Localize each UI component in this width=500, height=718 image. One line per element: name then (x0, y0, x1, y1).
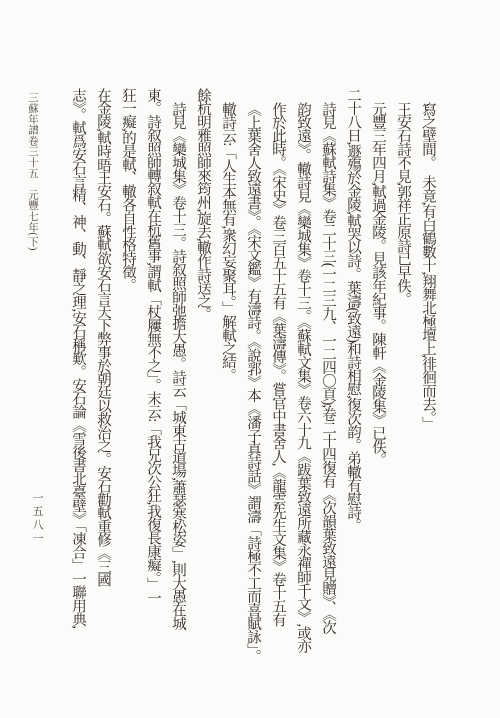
text-column: 狂一癡,的是軾、轍各自性格特徵。 (115, 88, 140, 698)
text-column: 志》。軾爲安石言精、神、動、靜之理,安石稱歎。安石論《雪後書北臺壁》「凍合」一聯… (65, 88, 90, 698)
running-title: 三蘇年譜卷三十五 元豐七年(下) (25, 92, 40, 251)
text-column: 作於此時。《宋史》卷三百五十五有《葉濤傳》。嘗官中書舍人,《龍雲先生文集》卷十五… (265, 88, 290, 698)
text-column: 二十八日,遯殤於金陵,軾哭以詩。葉濤(致遠)和詩相慰,復次韵。弟轍有慰詩。 (340, 88, 365, 698)
text-column: 在金陵,軾時晤王安石。蘇軾欲安石言天下弊事於朝廷以救治之。安石勸軾重修《三國 (90, 88, 115, 698)
text-block: 寫之壁間。 未竟,有白鶴數十,翔舞北極壇上,徘徊而去。」 王安石詩不見,郭祥正原… (58, 88, 440, 698)
text-column: 王安石詩不見,郭祥正原詩已早佚。 (390, 88, 415, 698)
page-number: 一五八一 (29, 492, 45, 546)
text-column: 餘杭明雅照師來筠州,旋去,轍作詩送之。 (190, 88, 215, 698)
text-column: 《上葉舍人致遠書》。《宋文鑑》有濤詩。《說郛》本《潘子真詩話》謂濤「詩極不工而喜… (240, 88, 265, 698)
text-column: 詩見《蘇軾詩集》卷二十三(一二三九、一二四〇頁);卷二十四復有《次韻葉致遠見贈》… (315, 88, 340, 698)
text-column: 寫之壁間。 未竟,有白鶴數十,翔舞北極壇上,徘徊而去。」 (415, 88, 440, 698)
text-column: 轍詩云:「人生本無有,衆幻妄聚耳。」解軾之結。 (215, 88, 240, 698)
text-column: 元豐三年四月,軾過金陵。見該年紀事。陳軒《金陵集》已佚。 (365, 88, 390, 698)
text-column: 東。詩叙照師轉叙軾在杭舊事,謂軾「杖屨無不之」。末云:「我兄次公狂,我復長康癡。… (140, 88, 165, 698)
text-column: 韵致遠》。轍詩見《欒城集》卷十三。《蘇軾文集》卷六十九《跋葉致遠所藏永禪師千文》… (290, 88, 315, 698)
book-page: 三蘇年譜卷三十五 元豐七年(下) 一五八一 寫之壁間。 未竟,有白鶴數十,翔舞北… (0, 0, 500, 718)
text-column: 詩見《欒城集》卷十三。詩叙照師弛擔大愚。詩云「城東古道場,蕭瑟寒松姿」,則大愚在… (165, 88, 190, 698)
